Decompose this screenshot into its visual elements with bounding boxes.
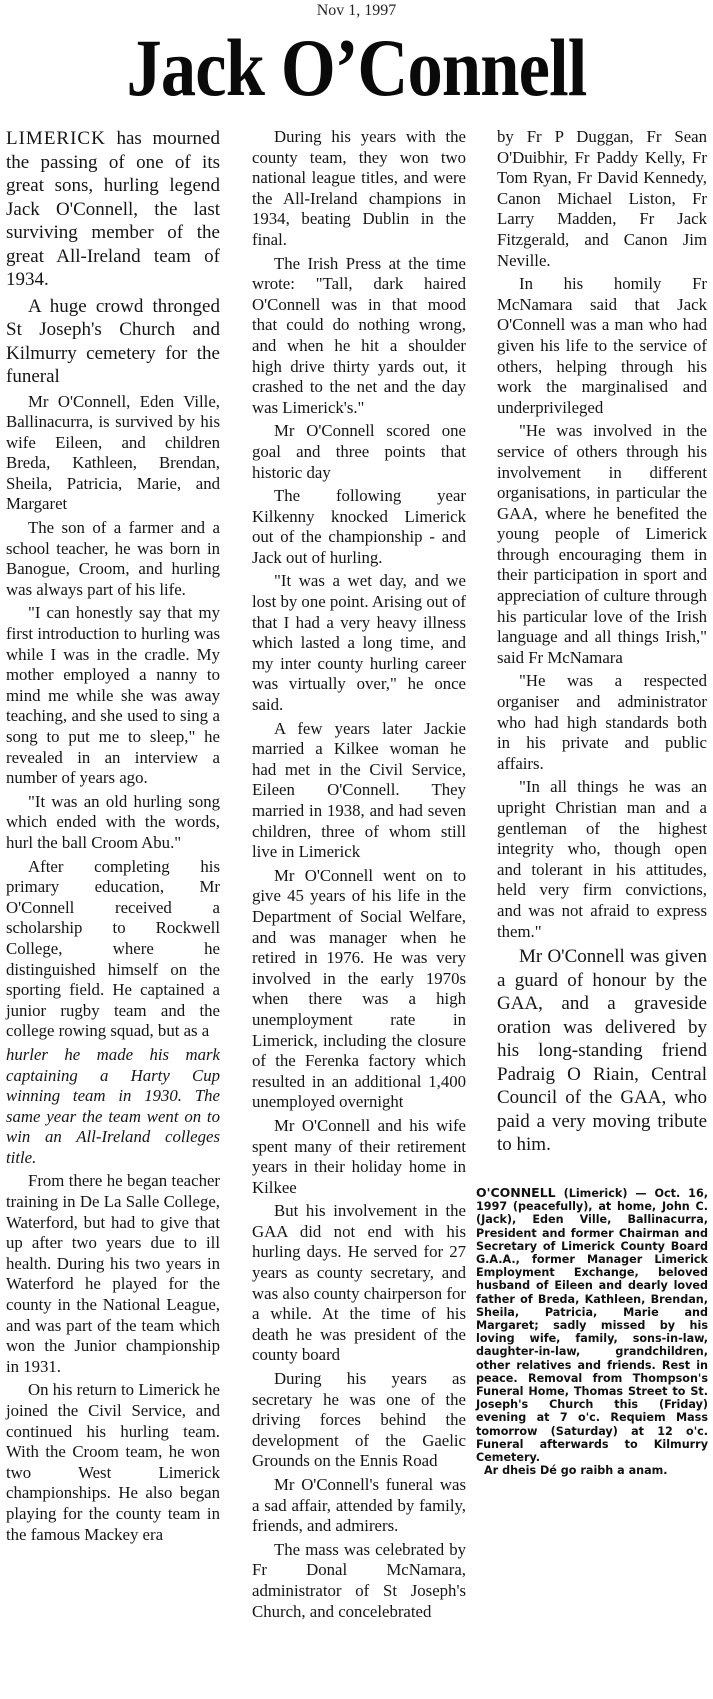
article-column-3: by Fr P Duggan, Fr Sean O'Duibhir, Fr Pa…	[497, 127, 707, 1160]
article-paragraph: "I can honestly say that my first introd…	[6, 603, 220, 788]
article-paragraph: A huge crowd thronged St Joseph's Church…	[6, 295, 220, 389]
article-paragraph: "He was a respected organiser and admini…	[497, 671, 707, 774]
article-paragraph: Mr O'Connell scored one goal and three p…	[252, 421, 466, 483]
article-paragraph: Mr O'Connell went on to give 45 years of…	[252, 866, 466, 1113]
article-paragraph: After completing his primary education, …	[6, 857, 220, 1042]
article-paragraph: In his homily Fr McNamara said that Jack…	[497, 274, 707, 418]
article-column-1: LIMERICK has mourned the passing of one …	[6, 127, 220, 1548]
article-paragraph: The Irish Press at the time wrote: "Tall…	[252, 254, 466, 419]
article-paragraph: From there he began teacher training in …	[6, 1171, 220, 1377]
article-paragraph: Mr O'Connell, Eden Ville, Ballinacurra, …	[6, 392, 220, 516]
article-paragraph: "He was involved in the service of other…	[497, 421, 707, 668]
article-paragraph: But his involvement in the GAA did not e…	[252, 1201, 466, 1366]
article-paragraph: by Fr P Duggan, Fr Sean O'Duibhir, Fr Pa…	[497, 127, 707, 271]
article-paragraph: During his years as secretary he was one…	[252, 1369, 466, 1472]
death-notice: O'CONNELL (Limerick) — Oct. 16, 1997 (pe…	[476, 1186, 708, 1477]
article-paragraph: LIMERICK has mourned the passing of one …	[6, 127, 220, 292]
death-notice-name: O'CONNELL	[476, 1185, 556, 1200]
article-paragraph: Mr O'Connell's funeral was a sad affair,…	[252, 1475, 466, 1537]
headline: Jack O’Connell	[50, 18, 663, 118]
article-column-2: During his years with the county team, t…	[252, 127, 466, 1625]
article-paragraph: hurler he made his mark captaining a Har…	[6, 1045, 220, 1169]
article-paragraph: "It was a wet day, and we lost by one po…	[252, 571, 466, 715]
article-paragraph: The mass was celebrated by Fr Donal McNa…	[252, 1540, 466, 1622]
article-paragraph: "In all things he was an upright Christi…	[497, 777, 707, 942]
article-paragraph: The son of a farmer and a school teacher…	[6, 518, 220, 600]
death-notice-closing: Ar dheis Dé go raibh a anam.	[476, 1464, 708, 1477]
article-paragraph: Mr O'Connell was given a guard of honour…	[497, 945, 707, 1157]
article-paragraph: The following year Kilkenny knocked Lime…	[252, 486, 466, 568]
article-paragraph: On his return to Limerick he joined the …	[6, 1380, 220, 1545]
death-notice-body: O'CONNELL (Limerick) — Oct. 16, 1997 (pe…	[476, 1186, 708, 1464]
lead-word: LIMERICK	[6, 128, 106, 149]
article-paragraph: "It was an old hurling song which ended …	[6, 792, 220, 854]
article-paragraph: Mr O'Connell and his wife spent many of …	[252, 1116, 466, 1198]
article-paragraph: During his years with the county team, t…	[252, 127, 466, 251]
article-paragraph: A few years later Jackie married a Kilke…	[252, 719, 466, 863]
